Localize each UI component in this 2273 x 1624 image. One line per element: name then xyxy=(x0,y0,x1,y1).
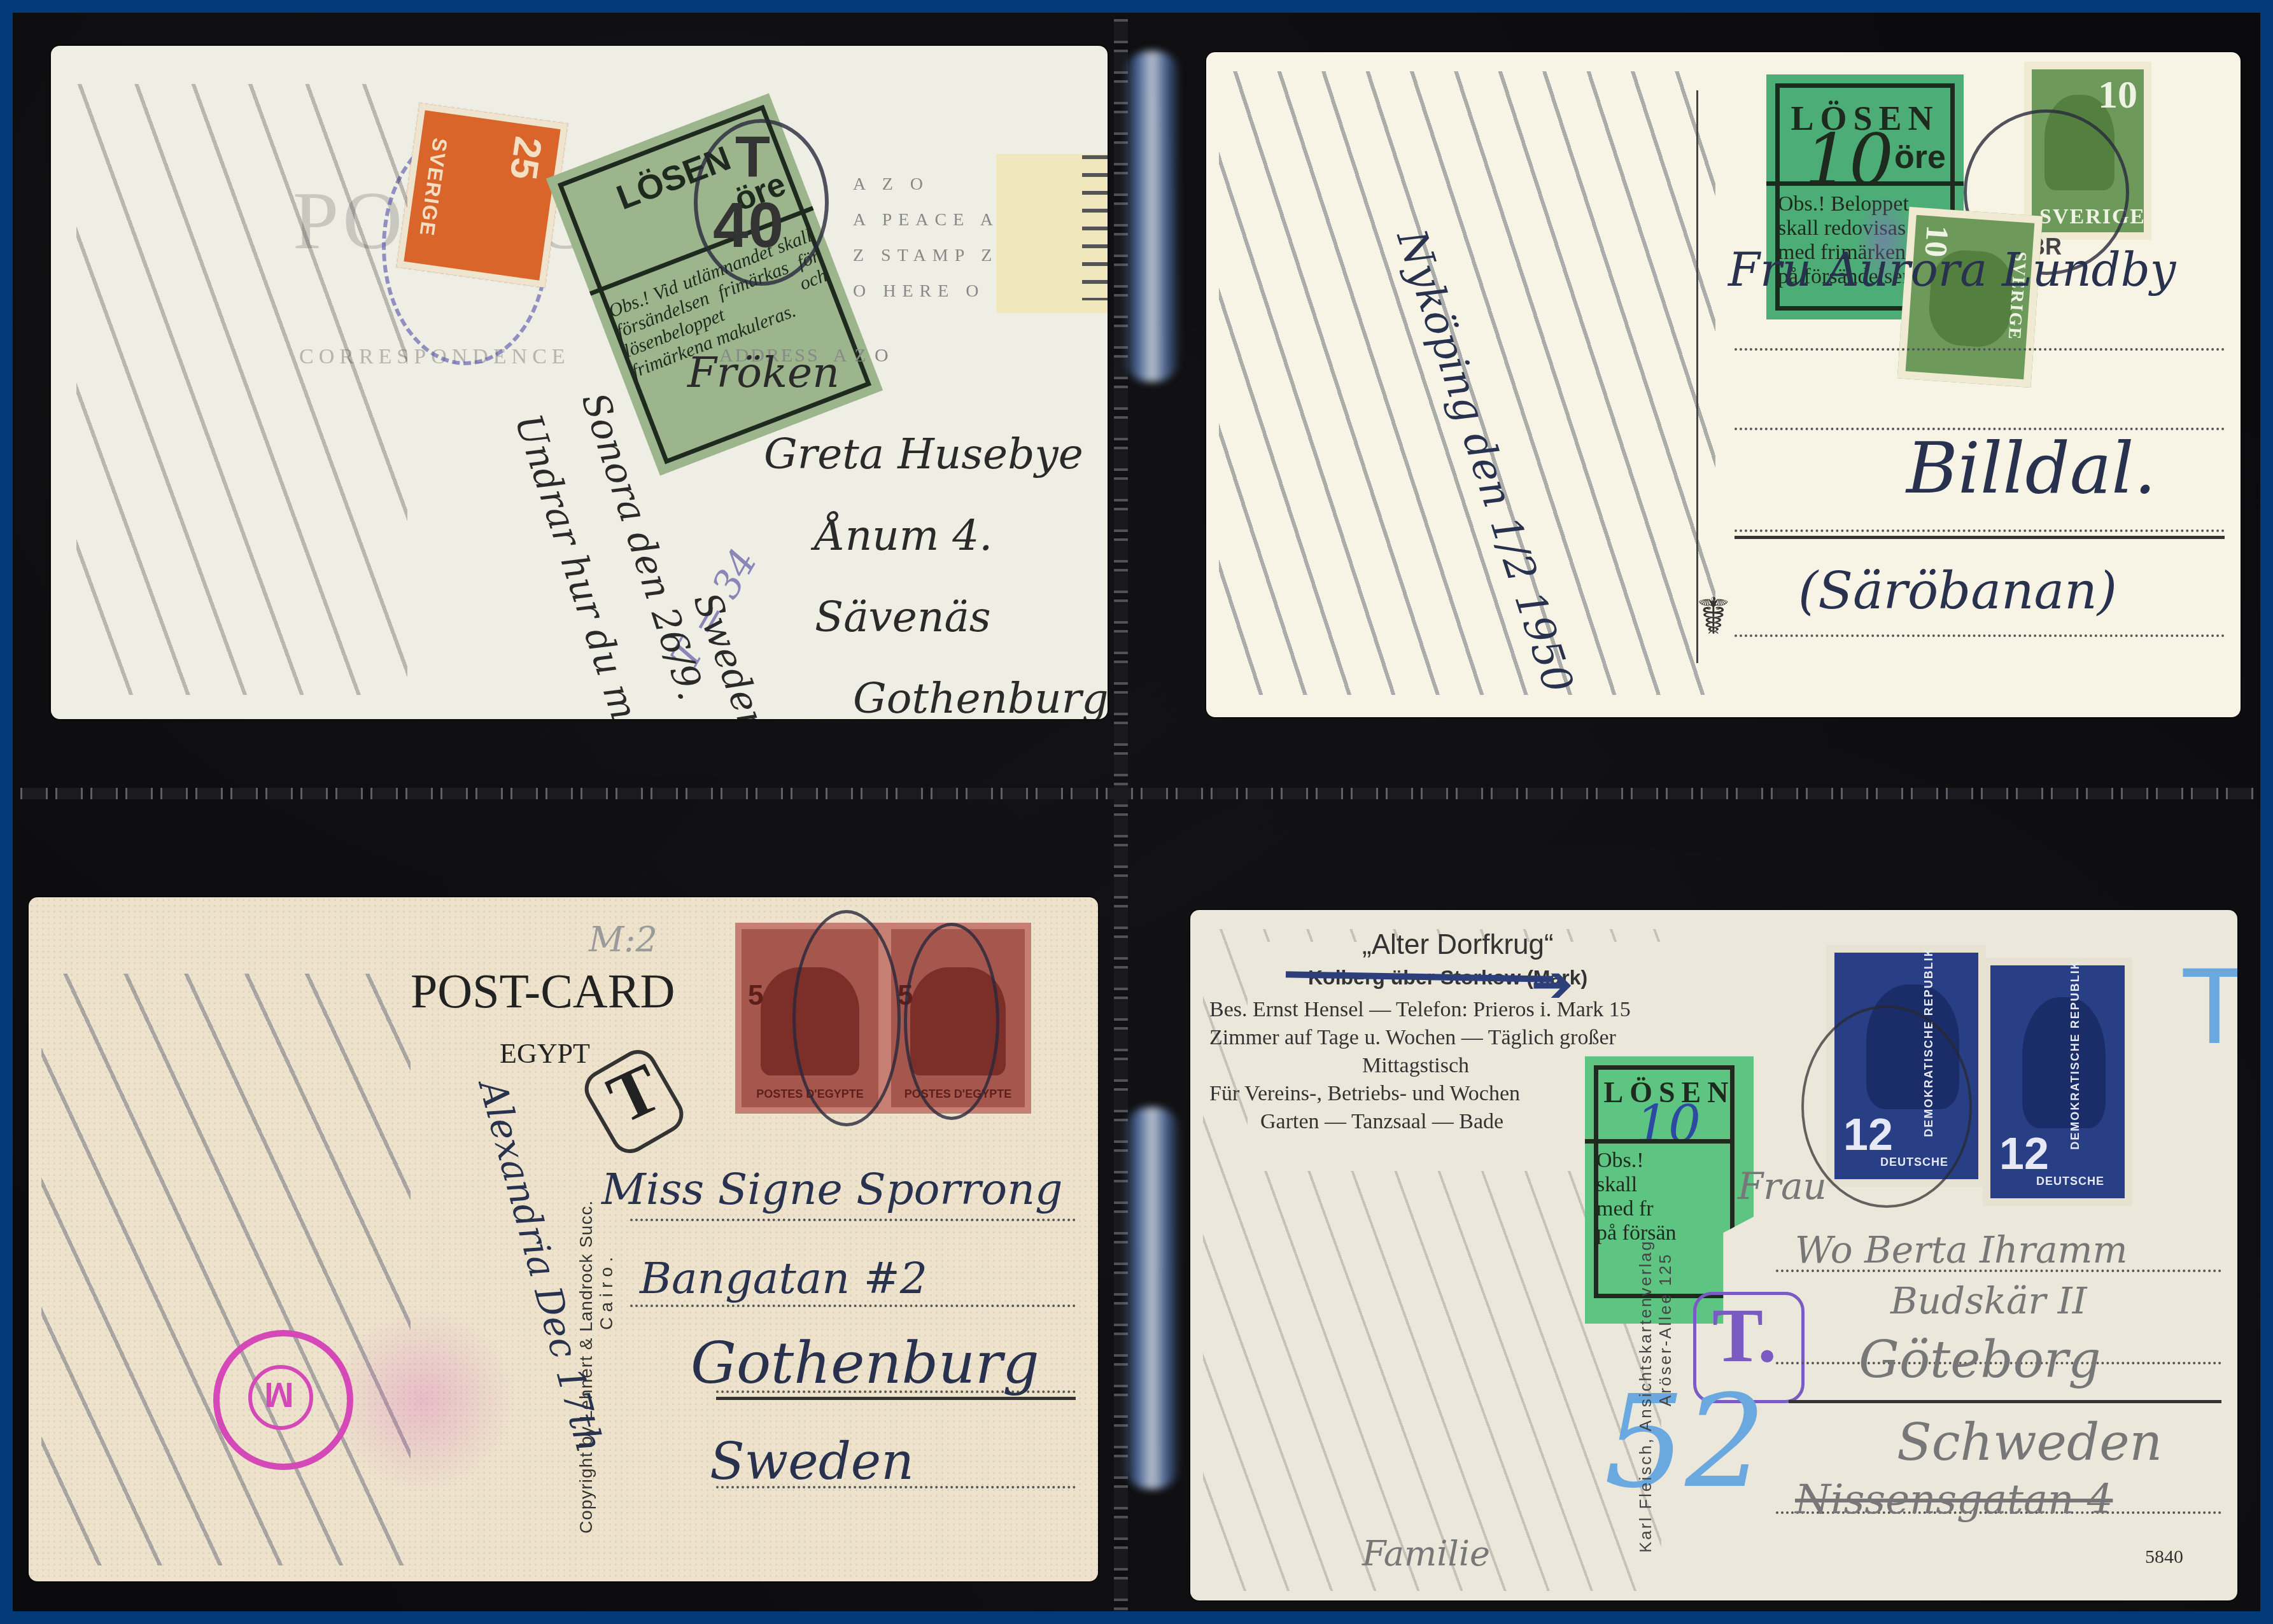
sleeve-divider-horizontal xyxy=(13,788,2260,799)
blue-pencil-amount: 52 xyxy=(1604,1368,1766,1516)
tax-amount: 40 xyxy=(713,189,784,262)
tax-box-letter: T. xyxy=(1712,1292,1777,1380)
stamp-value: 10 xyxy=(2098,73,2137,118)
sleeve-glare xyxy=(1123,1107,1181,1489)
handwritten-recipient: Wo Berta Ihramm xyxy=(1795,1228,2128,1271)
handwritten-message-lines xyxy=(76,84,407,695)
tax-letter: T xyxy=(735,125,770,191)
losen-text: Obs.! skall med fr på försän xyxy=(1596,1149,1742,1245)
losen-unit: öre xyxy=(1894,138,1946,176)
card-lines: Bes. Ernst Hensel — Telefon: Prieros i. … xyxy=(1209,996,1631,1136)
handwritten-line: (Säröbanan) xyxy=(1798,561,2117,620)
sleeve-glare xyxy=(1123,51,1181,382)
stamp-value: 25 xyxy=(502,134,551,183)
handwritten-city: Billdal. xyxy=(1906,428,2157,509)
handwritten-city: Göteborg xyxy=(1859,1330,2101,1389)
handwritten-salutation: Frau xyxy=(1738,1165,1827,1208)
handwritten-street: Bangatan #2 xyxy=(640,1254,927,1304)
postmark-circle xyxy=(1801,1005,1972,1208)
postcard-top-right[interactable]: Nyköping den 1/2 1950 LÖSEN 10 öre Obs.!… xyxy=(1206,52,2241,717)
card-title: „Alter Dorfkrug“ xyxy=(1362,929,1554,961)
handwritten-street: Budskär II xyxy=(1890,1279,2087,1322)
printed-subheader: EGYPT xyxy=(500,1037,590,1070)
stamp-box-text: A Z O A PEACE A Z STAMP Z O HERE O xyxy=(853,167,999,309)
postcard-top-left[interactable]: POST CARD CORRESPONDENCE 25 SVERIGE LÖSE… xyxy=(51,46,1108,719)
handwritten-country: Schweden xyxy=(1897,1413,2162,1472)
publisher-imprint: Karl Fleisch, Ansichtskartenverlag Aröse… xyxy=(1636,1240,1675,1553)
sverige-10-ore-stamp-lower: 10 SVERIGE xyxy=(1897,207,2043,388)
handwritten-recipient: Miss Signe Sporrong xyxy=(602,1165,1063,1215)
divider-line xyxy=(1696,90,1698,663)
handwritten-recipient: Fru Aurora Lundby xyxy=(1728,243,2176,297)
postcard-bottom-left[interactable]: M:2 POST-CARD EGYPT T 5 POSTES D'EGYPTE … xyxy=(29,897,1098,1581)
blue-pencil-t: T xyxy=(2183,948,2237,1067)
handwritten-city: Gothenburg xyxy=(691,1330,1039,1397)
handwritten-country: Sweden xyxy=(710,1432,914,1491)
losen-amount: 10 xyxy=(1636,1095,1701,1154)
printed-header: POST-CARD xyxy=(411,964,675,1019)
postcard-bottom-right[interactable]: „Alter Dorfkrug“ Kolberg über Storkow (M… xyxy=(1190,910,2237,1600)
machine-cancel-lines xyxy=(1082,141,1108,300)
losen-amount: 10 xyxy=(1805,119,1894,200)
handwritten-signature: Familie xyxy=(1362,1534,1490,1574)
postmark-oval xyxy=(792,910,901,1126)
hermes-logo-icon: ☤ xyxy=(1696,587,1731,647)
ddr-12-stamp: 12 DEUTSCHE DEMOKRATISCHE REPUBLIK xyxy=(1983,958,2132,1206)
sverige-25-ore-stamp: 25 SVERIGE xyxy=(397,103,568,288)
handwritten-crossed-street: Nissensgatan 4 xyxy=(1795,1476,2113,1523)
censor-smudge xyxy=(328,1305,519,1495)
album-page: POST CARD CORRESPONDENCE 25 SVERIGE LÖSE… xyxy=(13,13,2260,1611)
postmark-oval xyxy=(904,923,999,1120)
pencil-note: M:2 xyxy=(589,920,658,960)
card-number: 5840 xyxy=(2145,1546,2183,1568)
stamp-country: SVERIGE xyxy=(414,136,451,238)
